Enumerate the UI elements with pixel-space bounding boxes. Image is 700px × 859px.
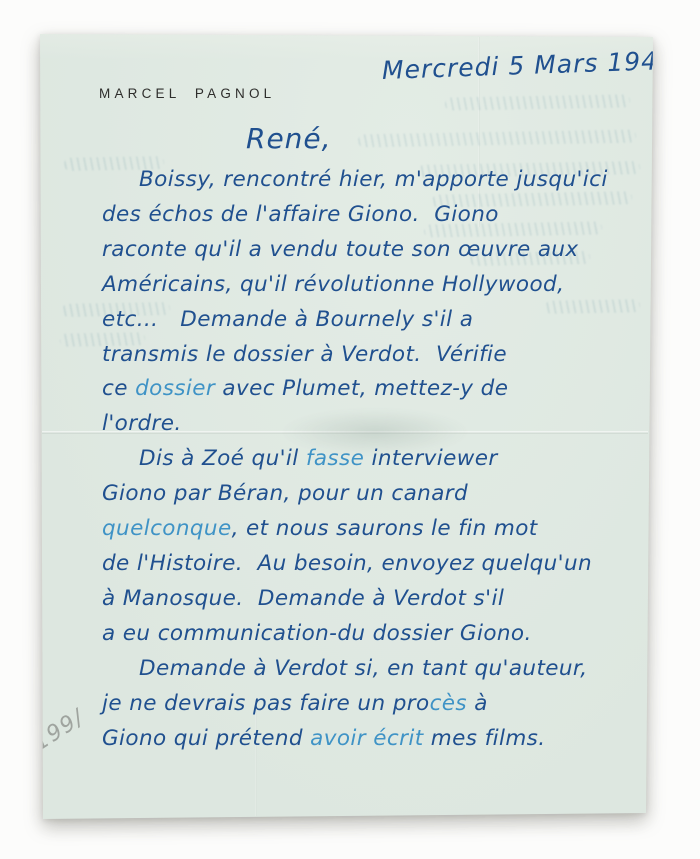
letter-line: transmis le dossier à Verdot. Vérifie — [102, 338, 674, 373]
letter-line: Giono qui prétend avoir écrit mes films. — [102, 722, 674, 757]
letter-line: des échos de l'affaire Giono. Giono — [102, 198, 674, 233]
letter-line-segment: avec Plumet, mettez-y de — [215, 376, 508, 401]
letter-line: de l'Histoire. Au besoin, envoyez quelqu… — [102, 547, 674, 582]
letter-line-segment: Giono qui prétend — [102, 726, 310, 751]
letter-line: Dis à Zoé qu'il fasse interviewer — [102, 442, 674, 477]
letter-line-segment: de l'Histoire. Au besoin, envoyez quelqu… — [102, 551, 592, 576]
letter-line-segment: des échos de l'affaire Giono. Giono — [102, 202, 499, 227]
letter-line-segment: Dis à Zoé qu'il — [139, 446, 306, 471]
letter-line: Boissy, rencontré hier, m'apporte jusqu'… — [102, 163, 674, 198]
letter-line-segment: quelconque — [102, 516, 232, 541]
letter-line-segment: interviewer — [364, 446, 497, 471]
letter-line: je ne devrais pas faire un procès à — [102, 687, 674, 722]
letter-line-segment: ce — [102, 376, 135, 401]
letter-line-segment: à Manosque. Demande à Verdot s'il — [102, 586, 504, 611]
letter-line-segment: avoir écrit — [310, 726, 423, 751]
letter-line-segment: Demande à Verdot si, en tant qu'auteur, — [139, 656, 587, 681]
letter-line-segment: à — [467, 691, 488, 716]
letter-line-segment: je ne devrais pas faire un pro — [102, 691, 430, 716]
pencil-number: 199/ — [29, 705, 89, 756]
letter-line-segment: fasse — [306, 446, 364, 471]
letter-line-segment: a eu communication-du dossier Giono. — [102, 621, 532, 646]
ink-bleedthrough — [358, 130, 636, 148]
letter-paper: MARCEL PAGNOL Mercredi 5 Mars 1941 René,… — [0, 0, 700, 859]
letter-line-segment: cès — [430, 691, 467, 716]
letter-paper-shadow: MARCEL PAGNOL Mercredi 5 Mars 1941 René,… — [0, 0, 700, 859]
letter-line-segment: Boissy, rencontré hier, m'apporte jusqu'… — [139, 167, 608, 192]
letter-line: raconte qu'il a vendu toute son œuvre au… — [102, 233, 674, 268]
letter-line-segment: Américains, qu'il révolutionne Hollywood… — [102, 272, 564, 297]
letter-line-segment: l'ordre. — [102, 411, 182, 436]
letter-line: ce dossier avec Plumet, mettez-y de — [102, 372, 674, 407]
letter-line: à Manosque. Demande à Verdot s'il — [102, 582, 674, 617]
letter-line-segment: mes films. — [424, 726, 546, 751]
letter-line: a eu communication-du dossier Giono. — [102, 617, 674, 652]
letter-line-segment: raconte qu'il a vendu toute son œuvre au… — [102, 237, 579, 262]
letter-line-segment: Giono par Béran, pour un canard — [102, 481, 468, 506]
letter-line-segment: transmis le dossier à Verdot. Vérifie — [102, 342, 507, 367]
date-line: Mercredi 5 Mars 1941 — [381, 46, 675, 85]
letter-line-segment: dossier — [135, 376, 215, 401]
letter-line: Demande à Verdot si, en tant qu'auteur, — [102, 652, 674, 687]
letter-line-segment: , et nous saurons le fin mot — [232, 516, 538, 541]
letter-line-segment: etc… Demande à Bournely s'il a — [102, 307, 473, 332]
letter-line: Américains, qu'il révolutionne Hollywood… — [102, 268, 674, 303]
letter-line: Giono par Béran, pour un canard — [102, 477, 674, 512]
letter-line: quelconque, et nous saurons le fin mot — [102, 512, 674, 547]
salutation: René, — [246, 122, 332, 155]
letterhead-name: MARCEL PAGNOL — [99, 86, 275, 101]
letter-line: etc… Demande à Bournely s'il a — [102, 303, 674, 338]
letter-line: l'ordre. — [102, 407, 674, 442]
ink-bleedthrough — [445, 94, 630, 110]
letter-body: Boissy, rencontré hier, m'apporte jusqu'… — [102, 163, 674, 756]
photo-background: MARCEL PAGNOL Mercredi 5 Mars 1941 René,… — [0, 0, 700, 859]
